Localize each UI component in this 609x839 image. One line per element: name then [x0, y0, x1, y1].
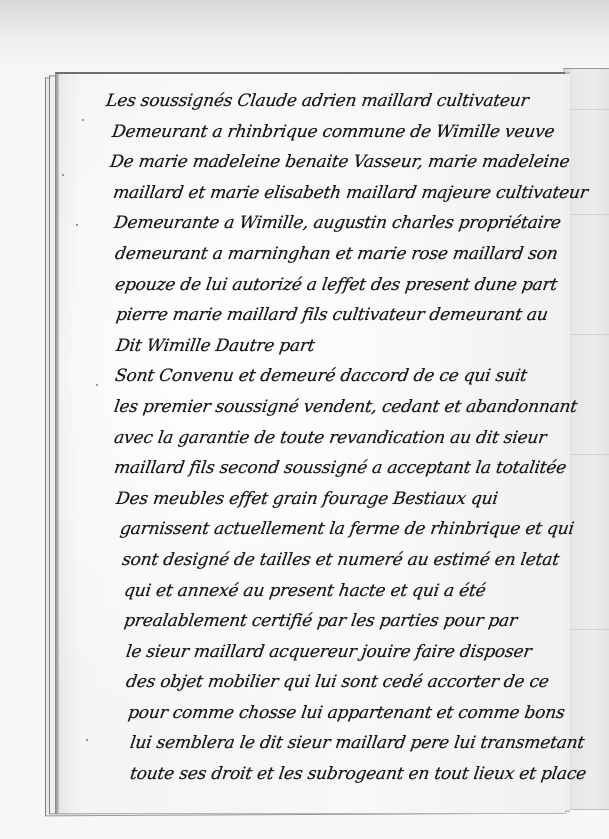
text-line: De marie madeleine benaite Vasseur, mari… [108, 147, 565, 178]
manuscript-page: Les soussignés Claude adrien maillard cu… [55, 72, 565, 814]
text-line: qui et annexé au present hacte et qui a … [122, 576, 565, 607]
text-line: maillard et marie elisabeth maillard maj… [111, 178, 565, 209]
bleed-through-line [569, 214, 609, 215]
text-line: Demeurante a Wimille, augustin charles p… [112, 208, 565, 239]
bleed-through-line [569, 454, 609, 455]
text-line: pierre marie maillard fils cultivateur d… [114, 300, 565, 331]
text-line: Sont Convenu et demeuré daccord de ce qu… [113, 361, 565, 392]
text-line: Les soussignés Claude adrien maillard cu… [104, 86, 565, 117]
paper-speck [96, 384, 98, 386]
paper-speck [62, 174, 64, 176]
text-line: pour comme chosse lui appartenant et com… [126, 698, 565, 729]
text-line: sont designé de tailles et numeré au est… [120, 545, 565, 576]
text-line: les premier soussigné vendent, cedant et… [112, 392, 565, 423]
bleed-through-line [569, 629, 609, 630]
paper-speck [86, 739, 88, 741]
text-line: Des meubles effet grain fourage Bestiaux… [114, 484, 565, 515]
text-line: lui semblera le dit sieur maillard pere … [128, 728, 565, 759]
text-line: maillard fils second soussigné a accepta… [112, 453, 565, 484]
text-line: toute ses droit et les subrogeant en tou… [128, 759, 565, 790]
page-edge [56, 74, 59, 814]
text-line: garnissent actuellement la ferme de rhin… [118, 514, 565, 545]
bleed-through-line [569, 334, 609, 335]
paper-speck [76, 224, 78, 226]
bleed-through-line [569, 109, 609, 110]
text-line: demeurant a marninghan et marie rose mai… [113, 239, 565, 270]
text-line: le sieur maillard acquereur jouire faire… [124, 637, 565, 668]
text-line: epouze de lui autorizé a leffet des pres… [113, 270, 565, 301]
text-line: prealablement certifié par les parties p… [122, 606, 565, 637]
handwritten-text: Les soussignés Claude adrien maillard cu… [116, 86, 561, 790]
paper-speck [82, 119, 84, 121]
text-line: Demeurant a rhinbrique commune de Wimill… [110, 117, 565, 148]
text-line: des objet mobilier qui lui sont cedé acc… [124, 667, 565, 698]
text-line: Dit Wimille Dautre part [114, 331, 565, 362]
text-line: avec la garantie de toute revandication … [112, 423, 565, 454]
